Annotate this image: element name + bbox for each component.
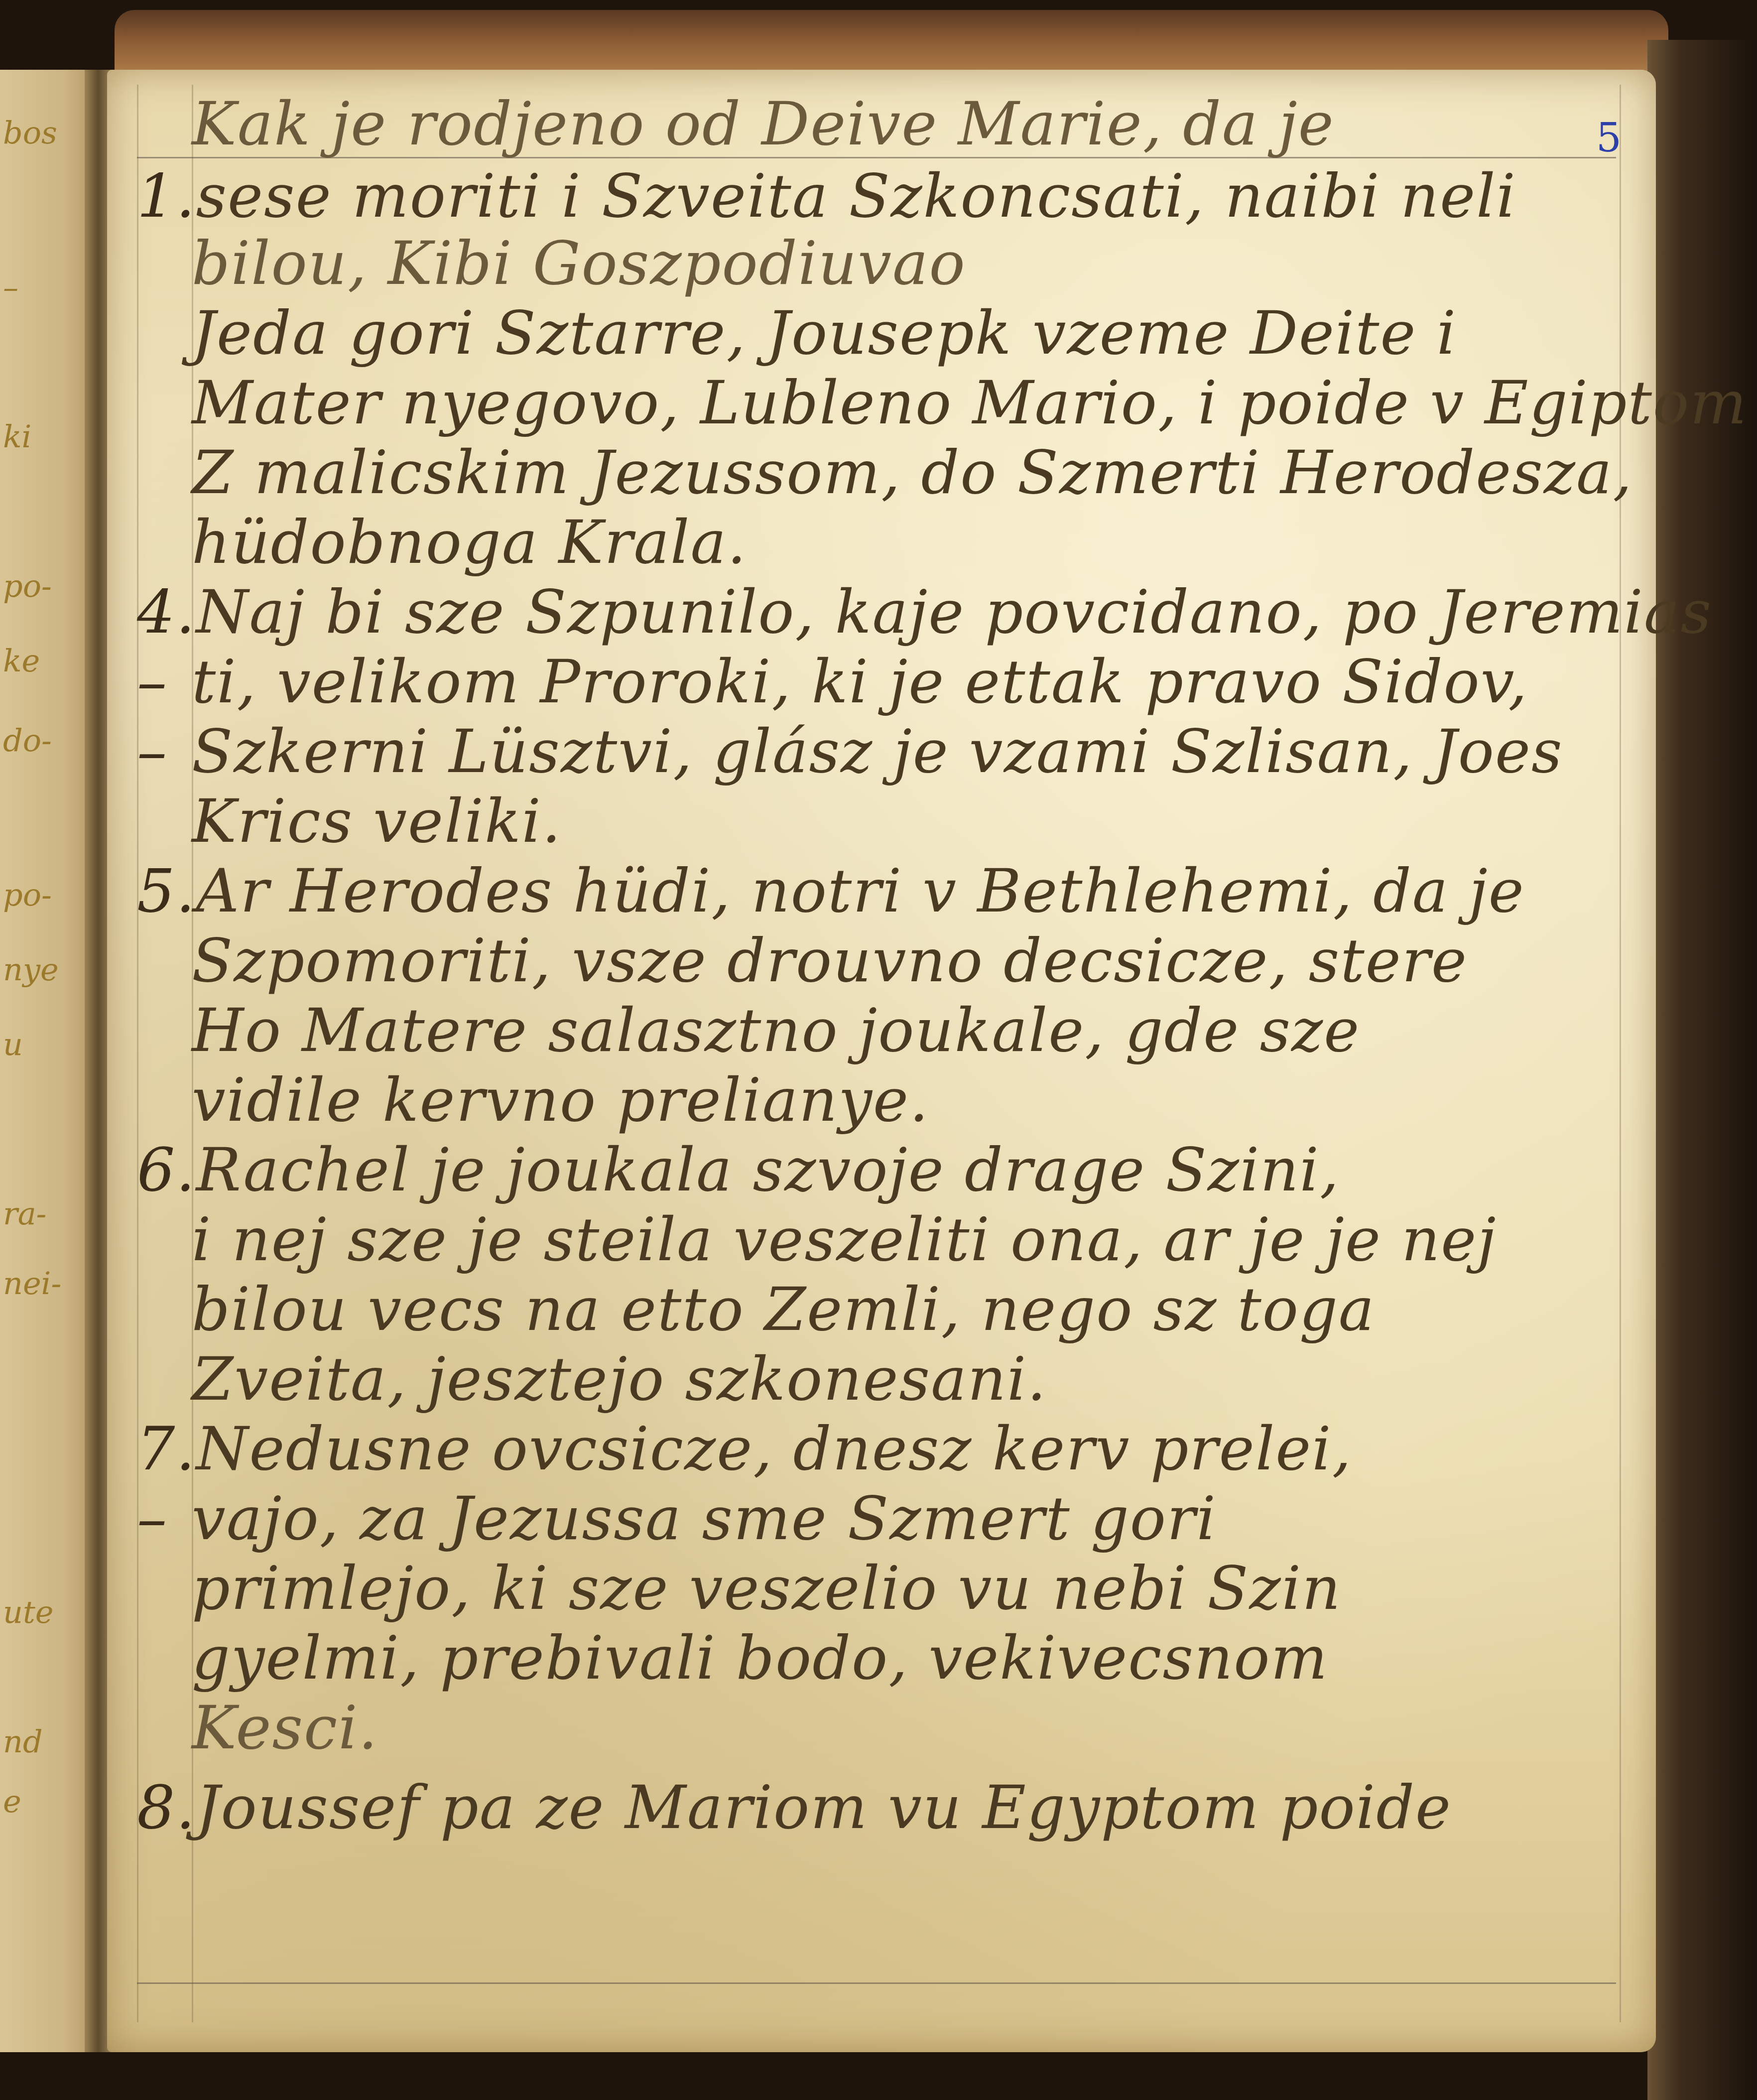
margin-word: nye — [3, 951, 59, 988]
text-line: Jeda gori Sztarre, Jousepk vzeme Deite i — [137, 299, 1457, 368]
text-line: Szpomoriti, vsze drouvno decsicze, stere — [137, 926, 1468, 996]
text-line: –vajo, za Jezussa sme Szmert gori — [137, 1484, 1217, 1554]
text-line: Mater nyegovo, Lubleno Mario, i poide v … — [137, 369, 1748, 438]
text-line: –ti, velikom Proroki, ki je ettak pravo … — [137, 648, 1528, 717]
text-line: Zveita, jesztejo szkonesani. — [137, 1345, 1047, 1414]
text-line: 1.sese moriti i Szveita Szkoncsati, naib… — [137, 162, 1516, 231]
text-line: Z malicskim Jezussom, do Szmerti Herodes… — [137, 438, 1633, 508]
text-line: Krics veliki. — [137, 787, 562, 856]
page-number: 5 — [1596, 115, 1622, 161]
margin-word: do- — [3, 722, 52, 759]
margin-word: u — [3, 1026, 23, 1062]
margin-word: ra- — [3, 1195, 47, 1232]
text-line: 8.Joussef pa ze Mariom vu Egyptom poide — [137, 1773, 1452, 1842]
margin-word: – — [3, 269, 18, 305]
margin-word: nd — [3, 1723, 43, 1760]
margin-word: bos — [3, 115, 57, 151]
manuscript-page: 5 Kak je rodjeno od Deive Marie, da je 1… — [107, 70, 1656, 2052]
margin-word: ki — [3, 418, 31, 455]
text-line: i nej sze je steila veszeliti ona, ar je… — [137, 1205, 1497, 1275]
text-line: 6.Rachel je joukala szvoje drage Szini, — [137, 1136, 1340, 1205]
ruled-line-bottom — [137, 1982, 1616, 1984]
margin-word: ute — [3, 1594, 54, 1630]
text-line: hüdobnoga Krala. — [137, 508, 747, 577]
text-line: Kak je rodjeno od Deive Marie, da je — [137, 90, 1335, 159]
book-fore-edge — [1647, 40, 1757, 2100]
text-line: Kesci. — [137, 1694, 378, 1763]
text-line: primlejo, ki sze veszelio vu nebi Szin — [137, 1554, 1341, 1623]
text-line: Ho Matere salasztno joukale, gde sze — [137, 996, 1360, 1065]
text-line: gyelmi, prebivali bodo, vekivecsnom — [137, 1624, 1328, 1693]
left-page-fragment: bos – ki po- ke do- po- nye u ra- nei- u… — [0, 70, 92, 2052]
text-line: bilou, Kibi Goszpodiuvao — [137, 229, 966, 298]
text-line: 7.Nedusne ovcsicze, dnesz kerv prelei, — [137, 1415, 1352, 1484]
text-line: vidile kervno prelianye. — [137, 1066, 929, 1135]
margin-word: e — [3, 1783, 21, 1820]
text-line: 4.Naj bi sze Szpunilo, kaje povcidano, p… — [137, 578, 1712, 647]
margin-word: ke — [3, 643, 40, 679]
margin-word: po- — [3, 877, 52, 913]
text-line: –Szkerni Lüsztvi, glász je vzami Szlisan… — [137, 717, 1563, 787]
text-line: 5.Ar Herodes hüdi, notri v Bethlehemi, d… — [137, 857, 1525, 926]
margin-word: po- — [3, 568, 52, 604]
text-line: bilou vecs na etto Zemli, nego sz toga — [137, 1275, 1375, 1344]
margin-word: nei- — [3, 1265, 61, 1302]
